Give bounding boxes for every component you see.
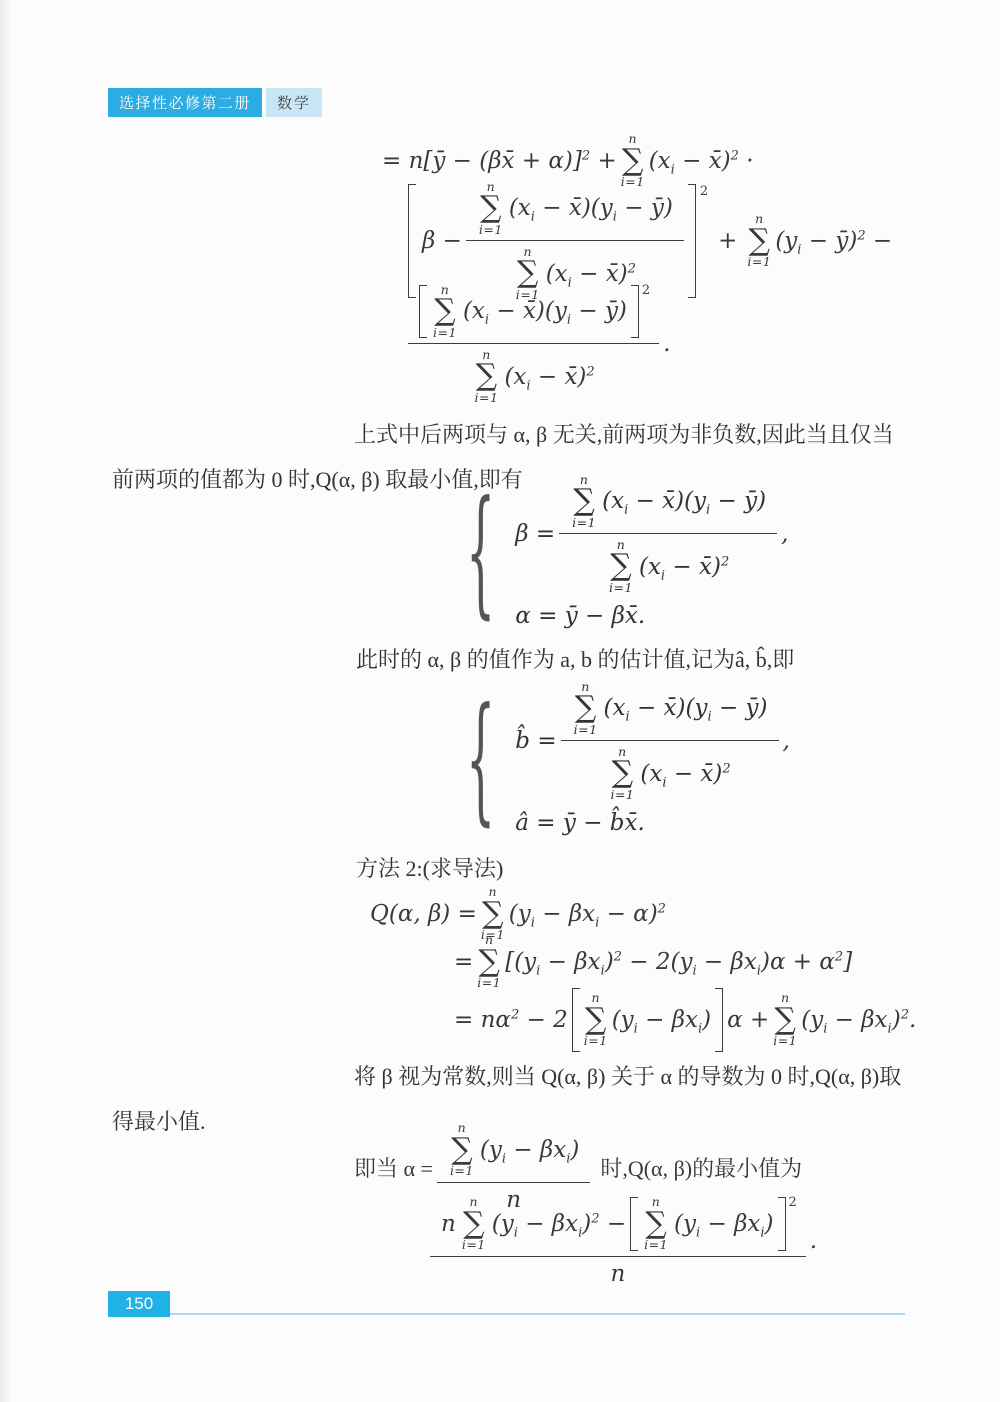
sigma-icon: ∑: [610, 552, 631, 581]
math-text: (xi − x̄)2: [639, 554, 729, 580]
header-volume-badge: 选择性必修第二册: [108, 88, 262, 117]
math-text: α = ȳ − βx̄.: [515, 603, 645, 629]
math-text: =: [454, 949, 473, 975]
math-text: .: [663, 331, 670, 357]
sigma-icon: ∑: [622, 147, 643, 176]
summation-symbol: n ∑ i=1: [574, 680, 598, 737]
sum-lower-limit: i=1: [479, 223, 503, 237]
math-text: (xi − x̄)2: [640, 761, 730, 787]
footer-rule: [170, 1313, 905, 1315]
left-bracket: [572, 988, 580, 1052]
fraction: n ∑ i=1 (xi − x̄)(yi − ȳ) 2 n ∑ i=1 (xi …: [408, 283, 659, 406]
sum-lower-limit: i=1: [433, 326, 457, 340]
fraction-denominator: n: [608, 1257, 627, 1287]
fraction: n n ∑ i=1 (yi − βxi)2 − n ∑ i=1 (yi − βx…: [430, 1195, 806, 1286]
equation-expansion-line3: n ∑ i=1 (xi − x̄)(yi − ȳ) 2 n ∑ i=1 (xi …: [406, 294, 673, 394]
summation-symbol: n ∑ i=1: [450, 1121, 474, 1178]
equation-expansion-line2: β − n ∑ i=1 (xi − x̄)(yi − ȳ) n ∑ i=1 (x…: [406, 184, 894, 298]
sigma-icon: ∑: [585, 1006, 606, 1035]
math-text: ,: [783, 728, 790, 754]
bracket-exponent: 2: [642, 283, 650, 298]
sigma-icon: ∑: [463, 1210, 484, 1239]
sigma-icon: ∑: [749, 227, 770, 256]
math-text: β =: [515, 521, 555, 547]
sum-lower-limit: i=1: [572, 516, 596, 530]
math-text: (xi − x̄)(yi − ȳ): [463, 298, 627, 324]
right-bracket: [688, 184, 696, 298]
sigma-icon: ∑: [434, 297, 455, 326]
right-bracket: [631, 285, 639, 338]
fraction-numerator: n ∑ i=1 (xi − x̄)(yi − ȳ): [559, 473, 777, 534]
left-brace-icon: {: [466, 689, 495, 827]
page-number-badge: 150: [108, 1291, 170, 1317]
sum-lower-limit: i=1: [584, 1034, 608, 1048]
fraction-numerator: n ∑ i=1 (xi − x̄)(yi − ȳ): [561, 680, 779, 741]
sum-lower-limit: i=1: [644, 1238, 668, 1252]
derivation-line2: = n ∑ i=1 [(yi − βxi)2 − 2(yi − βxi)α + …: [452, 930, 854, 994]
fraction-numerator: n ∑ i=1 (xi − x̄)(yi − ȳ) 2: [408, 283, 659, 344]
equation-beta: β = n ∑ i=1 (xi − x̄)(yi − ȳ) n ∑ i=1: [513, 473, 790, 596]
math-text: â = ȳ − b̂x̄.: [515, 810, 645, 836]
summation-symbol: n ∑ i=1: [572, 473, 596, 530]
math-text: (xi − x̄)(yi − ȳ): [604, 695, 768, 721]
math-text: Q(α, β) =: [370, 901, 477, 927]
math-text: [(yi − βxi)2 − 2(yi − βxi)α + α2]: [505, 949, 852, 975]
equation-alpha: α = ȳ − βx̄.: [513, 603, 647, 629]
math-text: (yi − βxi)2.: [801, 1007, 916, 1033]
left-brace-icon: {: [466, 482, 495, 620]
equation-a-hat: â = ȳ − b̂x̄.: [513, 810, 647, 836]
system-bhat-ahat: { b̂ = n ∑ i=1 (xi − x̄)(yi − ȳ) n ∑: [466, 682, 792, 834]
paragraph-estimates: 此时的 α, β 的值作为 a, b 的估计值,记为â, b̂,即: [356, 637, 794, 682]
equation-minimum-value: n n ∑ i=1 (yi − βxi)2 − n ∑ i=1 (yi − βx…: [428, 1196, 819, 1286]
summation-symbol: n ∑ i=1: [773, 991, 797, 1048]
math-text: (yi − ȳ)2 −: [775, 228, 892, 254]
fraction-denominator: n ∑ i=1 (xi − x̄)2: [471, 344, 597, 405]
math-text: α +: [727, 1007, 769, 1033]
mixed-text: 时,Q(α, β)的最小值为: [600, 1152, 802, 1183]
sum-lower-limit: i=1: [475, 391, 499, 405]
sigma-icon: ∑: [479, 948, 500, 977]
sigma-icon: ∑: [476, 362, 497, 391]
page-edge-shading: [0, 0, 12, 1402]
sum-lower-limit: i=1: [574, 723, 598, 737]
system-equations: b̂ = n ∑ i=1 (xi − x̄)(yi − ȳ) n ∑ i=1: [513, 680, 792, 837]
math-text: ,: [781, 521, 788, 547]
textbook-page: { "header": { "volume": "选择性必修第二册", "sub…: [0, 0, 1000, 1402]
math-text: n: [441, 1211, 456, 1237]
summation-symbol: n ∑ i=1: [610, 745, 634, 802]
math-text: b̂ =: [515, 728, 556, 754]
sigma-icon: ∑: [480, 194, 501, 223]
fraction-denominator: n ∑ i=1 (xi − x̄)2: [605, 534, 731, 595]
sigma-icon: ∑: [573, 487, 594, 516]
math-text: (yi − βxi): [612, 1007, 711, 1033]
math-text: +: [718, 228, 737, 254]
math-text: (yi − βxi): [480, 1137, 579, 1163]
summation-symbol: n ∑ i=1: [609, 538, 633, 595]
math-text: (yi − βxi − α)2: [509, 901, 666, 927]
sigma-icon: ∑: [575, 694, 596, 723]
fraction: n ∑ i=1 (xi − x̄)(yi − ȳ) n ∑ i=1 (xi − …: [561, 680, 779, 803]
system-beta-alpha: { β = n ∑ i=1 (xi − x̄)(yi − ȳ) n ∑ i: [466, 478, 790, 624]
sigma-icon: ∑: [482, 900, 503, 929]
bracket-exponent: 2: [789, 1195, 797, 1210]
math-text: (xi − x̄)(yi − ȳ): [602, 488, 766, 514]
mixed-text: 即当 α =: [354, 1152, 433, 1183]
sum-lower-limit: i=1: [773, 1034, 797, 1048]
system-equations: β = n ∑ i=1 (xi − x̄)(yi − ȳ) n ∑ i=1: [513, 473, 790, 630]
sigma-icon: ∑: [775, 1006, 796, 1035]
header-subject-badge: 数学: [266, 88, 322, 117]
left-bracket: [630, 1197, 638, 1250]
summation-symbol: n ∑ i=1: [475, 348, 499, 405]
derivation-line3: = nα2 − 2 n ∑ i=1 (yi − βxi) α + n ∑ i=1…: [452, 988, 918, 1052]
fraction-denominator: n ∑ i=1 (xi − x̄)2: [606, 741, 732, 802]
page-number: 150: [125, 1294, 153, 1314]
right-bracket: [715, 988, 723, 1052]
page-header: 选择性必修第二册 数学: [108, 88, 322, 117]
sigma-icon: ∑: [451, 1136, 472, 1165]
math-text: (xi − x̄)(yi − ȳ): [509, 195, 673, 221]
right-bracket: [778, 1197, 786, 1250]
math-text: (xi − x̄)2: [504, 364, 594, 390]
math-text: (xi − x̄)2 ·: [649, 148, 754, 174]
summation-symbol: n ∑ i=1: [584, 991, 608, 1048]
left-bracket: [408, 184, 416, 298]
sum-lower-limit: i=1: [450, 1164, 474, 1178]
math-text: (yi − βxi): [674, 1211, 773, 1237]
math-text: = nα2 − 2: [454, 1007, 568, 1033]
math-text: .: [810, 1228, 817, 1254]
bracket-exponent: 2: [700, 184, 708, 199]
summation-symbol: n ∑ i=1: [644, 1195, 668, 1252]
fraction-numerator: n n ∑ i=1 (yi − βxi)2 − n ∑ i=1 (yi − βx…: [430, 1195, 806, 1256]
summation-symbol: n ∑ i=1: [462, 1195, 486, 1252]
sigma-icon: ∑: [612, 759, 633, 788]
summation-symbol: n ∑ i=1: [747, 212, 771, 269]
fraction: n ∑ i=1 (xi − x̄)(yi − ȳ) n ∑ i=1 (xi − …: [559, 473, 777, 596]
math-text: β −: [422, 228, 462, 254]
math-text: n: [610, 1261, 625, 1287]
sigma-icon: ∑: [645, 1210, 666, 1239]
fraction-numerator: n ∑ i=1 (yi − βxi): [437, 1121, 590, 1182]
left-bracket: [419, 285, 427, 338]
math-text: (yi − βxi)2 −: [492, 1211, 626, 1237]
summation-symbol: n ∑ i=1: [479, 180, 503, 237]
summation-symbol: n ∑ i=1: [477, 933, 501, 990]
sum-lower-limit: i=1: [609, 581, 633, 595]
sum-lower-limit: i=1: [747, 255, 771, 269]
math-text: = n[ȳ − (βx̄ + α)]2 +: [382, 148, 617, 174]
sum-lower-limit: i=1: [610, 788, 634, 802]
fraction-numerator: n ∑ i=1 (xi − x̄)(yi − ȳ): [466, 180, 684, 241]
equation-b-hat: b̂ = n ∑ i=1 (xi − x̄)(yi − ȳ) n ∑ i=1: [513, 680, 792, 803]
summation-symbol: n ∑ i=1: [433, 283, 457, 340]
sum-lower-limit: i=1: [462, 1238, 486, 1252]
